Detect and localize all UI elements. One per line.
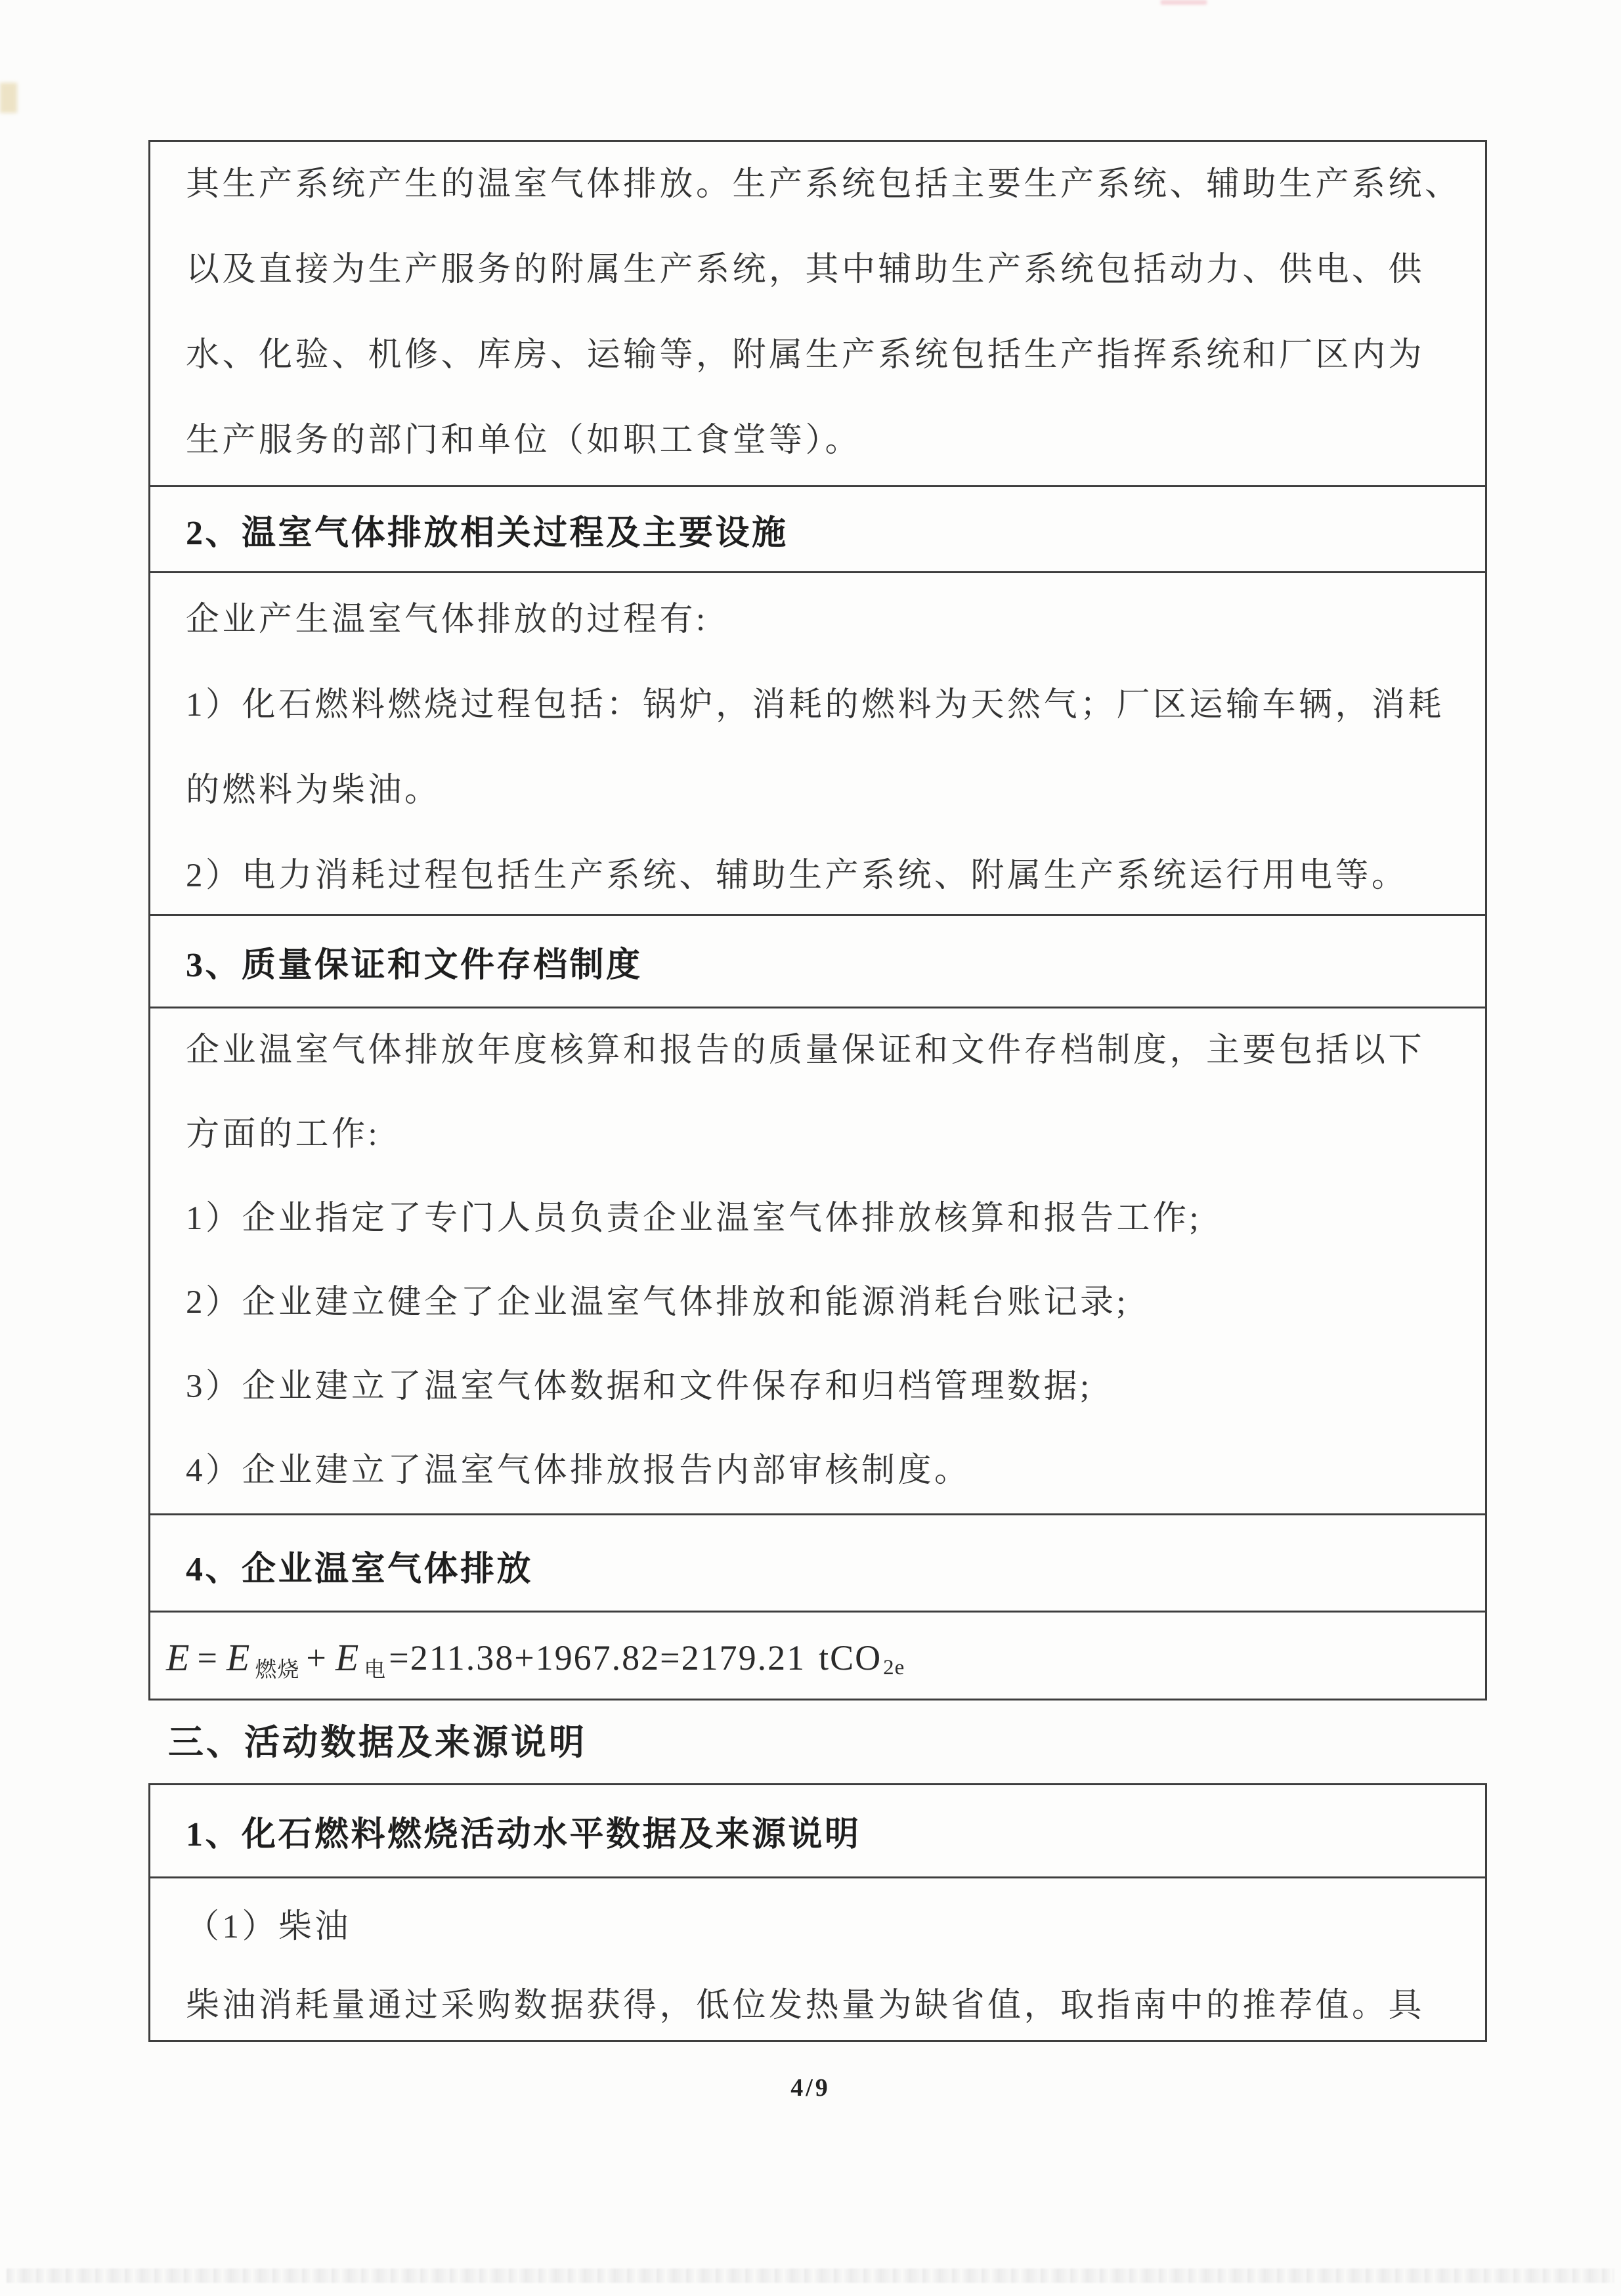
text-line: 的燃料为柴油。: [186, 748, 1460, 833]
formula-unit: tCO: [806, 1637, 882, 1678]
text-line: 其生产系统产生的温室气体排放。生产系统包括主要生产系统、辅助生产系统、: [186, 142, 1460, 227]
formula-values: =211.38+1967.82=2179.21: [389, 1637, 806, 1678]
text-line: 2）电力消耗过程包括生产系统、辅助生产系统、附属生产系统运行用电等。: [186, 833, 1460, 914]
section-header-label: 2、温室气体排放相关过程及主要设施: [186, 505, 789, 554]
table-cell-production-system: 其生产系统产生的温室气体排放。生产系统包括主要生产系统、辅助生产系统、 以及直接…: [150, 142, 1485, 485]
table-cell-emission-process: 企业产生温室气体排放的过程有: 1）化石燃料燃烧过程包括：锅炉，消耗的燃料为天然…: [150, 571, 1485, 914]
scan-artifact-ghost-text: [7, 2268, 1614, 2283]
section-header-quality-assurance: 3、质量保证和文件存档制度: [150, 914, 1485, 1007]
text-line: 企业温室气体排放年度核算和报告的质量保证和文件存档制度，主要包括以下: [186, 1008, 1460, 1093]
section-heading-activity-data: 三、活动数据及来源说明: [168, 1720, 587, 1765]
formula-unit-subscript: 2e: [882, 1656, 907, 1680]
section-header-label: 4、企业温室气体排放: [186, 1541, 533, 1590]
report-table-main: 其生产系统产生的温室气体排放。生产系统包括主要生产系统、辅助生产系统、 以及直接…: [148, 140, 1487, 1700]
text-line: 水、化验、机修、库房、运输等，附属生产系统包括生产指挥系统和厂区内为: [186, 313, 1460, 398]
section-header-fossil-fuel-data: 1、化石燃料燃烧活动水平数据及来源说明: [150, 1785, 1485, 1876]
text-line: 3）企业建立了温室气体数据和文件保存和归档管理数据;: [186, 1345, 1460, 1429]
formula-variable: E: [223, 1635, 253, 1679]
table-cell-diesel: （1）柴油 柴油消耗量通过采购数据获得，低位发热量为缺省值，取指南中的推荐值。具: [150, 1876, 1485, 2044]
page-number: 4/9: [0, 2073, 1621, 2102]
section-header-emission-process: 2、温室气体排放相关过程及主要设施: [150, 485, 1485, 571]
document-page: 其生产系统产生的温室气体排放。生产系统包括主要生产系统、辅助生产系统、 以及直接…: [0, 0, 1621, 2296]
text-line: 方面的工作:: [186, 1093, 1460, 1177]
text-line: 生产服务的部门和单位（如职工食堂等）。: [186, 398, 1460, 483]
text-line: 1）化石燃料燃烧过程包括：锅炉，消耗的燃料为天然气；厂区运输车辆，消耗: [186, 662, 1460, 748]
table-cell-quality-assurance: 企业温室气体排放年度核算和报告的质量保证和文件存档制度，主要包括以下 方面的工作…: [150, 1007, 1485, 1513]
formula-operator: +: [302, 1637, 331, 1678]
text-line: 柴油消耗量通过采购数据获得，低位发热量为缺省值，取指南中的推荐值。具: [186, 1966, 1460, 2044]
formula-row-total-emission: E = E 燃烧 + E 电 =211.38+1967.82=2179.21 t…: [150, 1611, 1485, 1702]
formula-variable: E: [162, 1635, 193, 1679]
text-line: 4）企业建立了温室气体排放报告内部审核制度。: [186, 1429, 1460, 1513]
formula-subscript: 电: [362, 1653, 389, 1683]
report-table-activity-data: 1、化石燃料燃烧活动水平数据及来源说明 （1）柴油 柴油消耗量通过采购数据获得，…: [148, 1783, 1487, 2042]
text-line: 2）企业建立健全了企业温室气体排放和能源消耗台账记录;: [186, 1261, 1460, 1345]
scan-artifact-yellow: [0, 83, 17, 113]
formula-operator: =: [193, 1637, 222, 1678]
section-header-label: 1、化石燃料燃烧活动水平数据及来源说明: [186, 1806, 861, 1855]
text-line: （1）柴油: [186, 1888, 1460, 1966]
section-header-label: 3、质量保证和文件存档制度: [186, 937, 643, 986]
text-line: 1）企业指定了专门人员负责企业温室气体排放核算和报告工作;: [186, 1177, 1460, 1261]
formula-subscript: 燃烧: [253, 1653, 302, 1683]
formula-variable: E: [332, 1635, 362, 1679]
scan-artifact-pink: [1161, 0, 1207, 5]
text-line: 企业产生温室气体排放的过程有:: [186, 577, 1460, 662]
section-header-enterprise-emission: 4、企业温室气体排放: [150, 1513, 1485, 1611]
text-line: 以及直接为生产服务的附属生产系统，其中辅助生产系统包括动力、供电、供: [186, 227, 1460, 313]
